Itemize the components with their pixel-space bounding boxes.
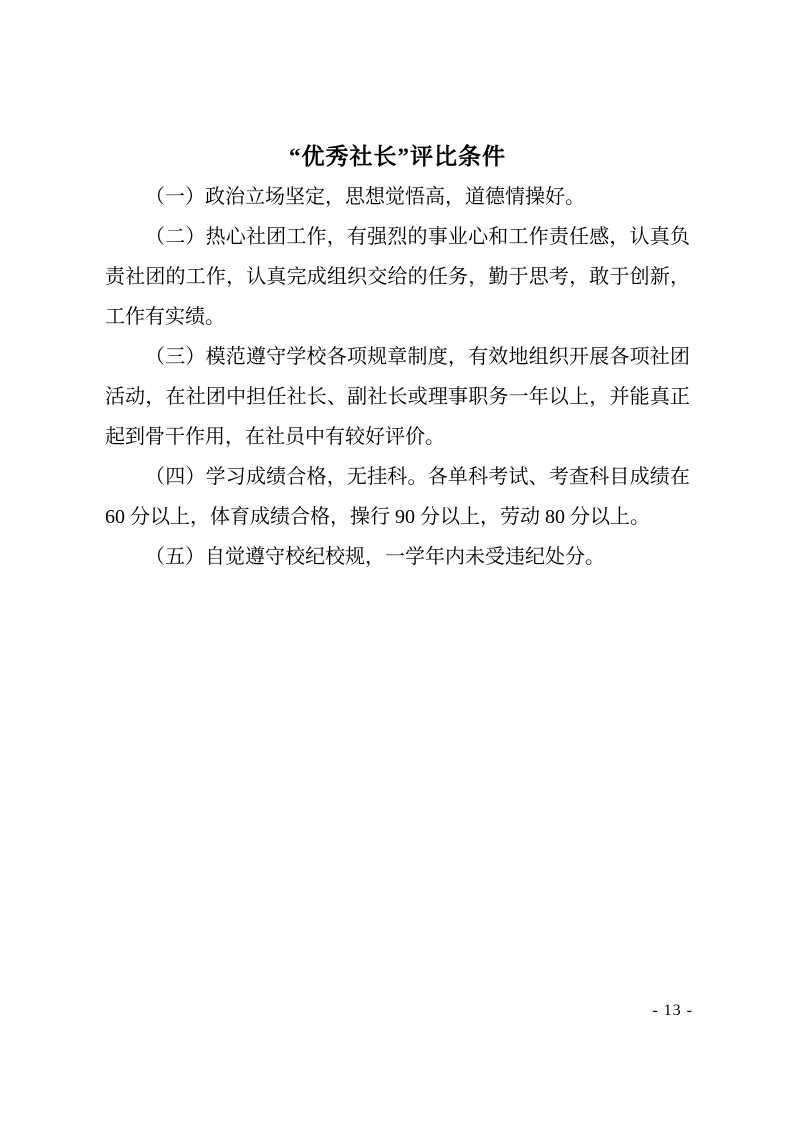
document-page: “优秀社长”评比条件 （一）政治立场坚定，思想觉悟高，道德情操好。 （二）热心社… — [0, 0, 793, 1122]
paragraph-3: （三）模范遵守学校各项规章制度，有效地组织开展各项社团活动，在社团中担任社长、副… — [105, 337, 690, 457]
paragraph-5: （五）自觉遵守校纪校规，一学年内未受违纪处分。 — [105, 537, 690, 577]
paragraph-4: （四）学习成绩合格，无挂科。各单科考试、考查科目成绩在 60 分以上，体育成绩合… — [105, 457, 690, 537]
page-number: - 13 - — [105, 1000, 693, 1022]
document-body: “优秀社长”评比条件 （一）政治立场坚定，思想觉悟高，道德情操好。 （二）热心社… — [105, 137, 690, 577]
page-title: “优秀社长”评比条件 — [105, 137, 690, 177]
paragraph-2: （二）热心社团工作，有强烈的事业心和工作责任感，认真负责社团的工作，认真完成组织… — [105, 217, 690, 337]
paragraph-1: （一）政治立场坚定，思想觉悟高，道德情操好。 — [105, 177, 690, 217]
